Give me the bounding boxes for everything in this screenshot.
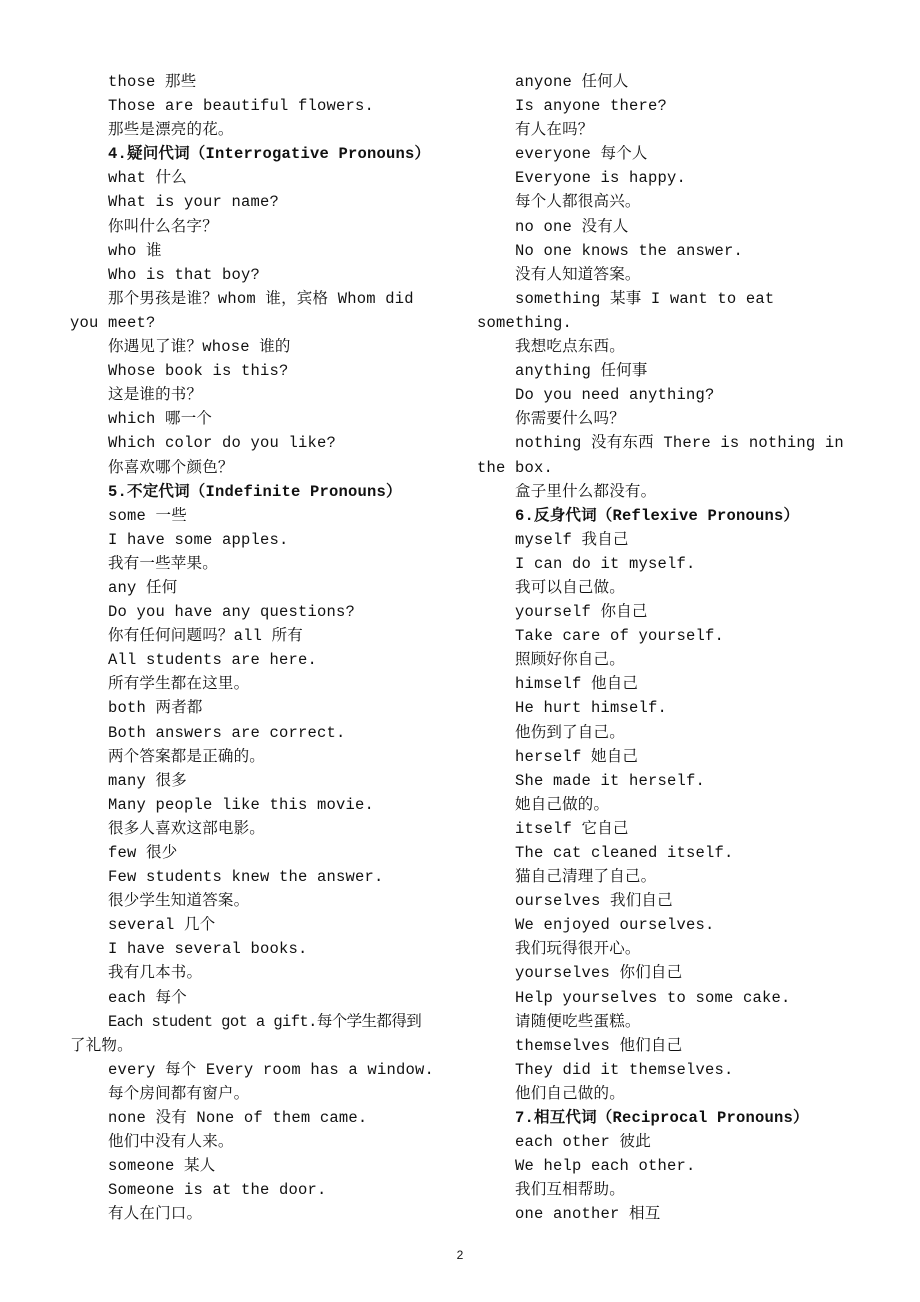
text-line: I have several books. bbox=[70, 937, 450, 961]
text-line: 猫自己清理了自己。 bbox=[477, 865, 857, 889]
text-line: 有人在吗？ bbox=[477, 118, 857, 142]
text-line: 有人在门口。 bbox=[70, 1202, 450, 1226]
text-line: Is anyone there? bbox=[477, 94, 857, 118]
text-line: many 很多 bbox=[70, 769, 450, 793]
text-line: 照顾好你自己。 bbox=[477, 648, 857, 672]
text-line: 你喜欢哪个颜色？ bbox=[70, 456, 450, 480]
text-line: someone 某人 bbox=[70, 1154, 450, 1178]
text-line: 很少学生知道答案。 bbox=[70, 889, 450, 913]
text-line: what 什么 bbox=[70, 166, 450, 190]
text-line: 他们中没有人来。 bbox=[70, 1130, 450, 1154]
text-line: nothing 没有东西 There is nothing in bbox=[477, 431, 857, 455]
text-line: which 哪一个 bbox=[70, 407, 450, 431]
text-line: no one 没有人 bbox=[477, 215, 857, 239]
text-line: Who is that boy? bbox=[70, 263, 450, 287]
text-line: 很多人喜欢这部电影。 bbox=[70, 817, 450, 841]
section-heading: 7.相互代词（Reciprocal Pronouns） bbox=[477, 1106, 857, 1130]
text-line: yourselves 你们自己 bbox=[477, 961, 857, 985]
text-line: Both answers are correct. bbox=[70, 721, 450, 745]
text-line: yourself 你自己 bbox=[477, 600, 857, 624]
text-line: something 某事 I want to eat bbox=[477, 287, 857, 311]
wrapped-line: 了礼物。 bbox=[70, 1034, 450, 1058]
text-line: I can do it myself. bbox=[477, 552, 857, 576]
wrapped-line: you meet? bbox=[70, 311, 450, 335]
text-line: Do you need anything? bbox=[477, 383, 857, 407]
text-line: myself 我自己 bbox=[477, 528, 857, 552]
text-line: any 任何 bbox=[70, 576, 450, 600]
section-heading: 5.不定代词（Indefinite Pronouns） bbox=[70, 480, 450, 504]
text-line: He hurt himself. bbox=[477, 696, 857, 720]
right-column: anyone 任何人Is anyone there?有人在吗？everyone … bbox=[477, 70, 857, 1227]
text-line: Few students knew the answer. bbox=[70, 865, 450, 889]
text-line: We enjoyed ourselves. bbox=[477, 913, 857, 937]
text-line: 你需要什么吗？ bbox=[477, 407, 857, 431]
text-line: several 几个 bbox=[70, 913, 450, 937]
text-line: herself 她自己 bbox=[477, 745, 857, 769]
text-line: anything 任何事 bbox=[477, 359, 857, 383]
text-line: No one knows the answer. bbox=[477, 239, 857, 263]
text-line: 他们自己做的。 bbox=[477, 1082, 857, 1106]
text-line: one another 相互 bbox=[477, 1202, 857, 1226]
text-line: himself 他自己 bbox=[477, 672, 857, 696]
text-line: I have some apples. bbox=[70, 528, 450, 552]
text-line: Do you have any questions? bbox=[70, 600, 450, 624]
text-line: Which color do you like? bbox=[70, 431, 450, 455]
text-line: few 很少 bbox=[70, 841, 450, 865]
text-line: 每个房间都有窗户。 bbox=[70, 1082, 450, 1106]
text-line: 所有学生都在这里。 bbox=[70, 672, 450, 696]
text-line: She made it herself. bbox=[477, 769, 857, 793]
text-line: none 没有 None of them came. bbox=[70, 1106, 450, 1130]
wrapped-line: the box. bbox=[477, 456, 857, 480]
text-line: Those are beautiful flowers. bbox=[70, 94, 450, 118]
text-line: anyone 任何人 bbox=[477, 70, 857, 94]
text-line: 这是谁的书？ bbox=[70, 383, 450, 407]
section-heading: 6.反身代词（Reflexive Pronouns） bbox=[477, 504, 857, 528]
page-number: 2 bbox=[0, 1248, 920, 1262]
text-line: 我们互相帮助。 bbox=[477, 1178, 857, 1202]
text-line: themselves 他们自己 bbox=[477, 1034, 857, 1058]
text-line: 我想吃点东西。 bbox=[477, 335, 857, 359]
text-line: 我有几本书。 bbox=[70, 961, 450, 985]
text-line: those 那些 bbox=[70, 70, 450, 94]
text-line: They did it themselves. bbox=[477, 1058, 857, 1082]
text-line: each 每个 bbox=[70, 986, 450, 1010]
text-line: who 谁 bbox=[70, 239, 450, 263]
text-line: 她自己做的。 bbox=[477, 793, 857, 817]
text-line: Whose book is this? bbox=[70, 359, 450, 383]
text-line: Each student got a gift.每个学生都得到 bbox=[70, 1010, 450, 1034]
text-line: 盒子里什么都没有。 bbox=[477, 480, 857, 504]
text-line: Take care of yourself. bbox=[477, 624, 857, 648]
wrapped-line: something. bbox=[477, 311, 857, 335]
text-line: every 每个 Every room has a window. bbox=[70, 1058, 450, 1082]
text-line: Many people like this movie. bbox=[70, 793, 450, 817]
text-line: 那些是漂亮的花。 bbox=[70, 118, 450, 142]
text-line: Help yourselves to some cake. bbox=[477, 986, 857, 1010]
text-line: 那个男孩是谁？whom 谁，宾格 Whom did bbox=[70, 287, 450, 311]
text-line: 没有人知道答案。 bbox=[477, 263, 857, 287]
text-line: 我有一些苹果。 bbox=[70, 552, 450, 576]
text-line: 每个人都很高兴。 bbox=[477, 190, 857, 214]
text-line: What is your name? bbox=[70, 190, 450, 214]
text-line: everyone 每个人 bbox=[477, 142, 857, 166]
text-line: 我们玩得很开心。 bbox=[477, 937, 857, 961]
text-line: All students are here. bbox=[70, 648, 450, 672]
text-line: both 两者都 bbox=[70, 696, 450, 720]
text-line: 你叫什么名字？ bbox=[70, 215, 450, 239]
text-line: 你遇见了谁？whose 谁的 bbox=[70, 335, 450, 359]
text-line: Someone is at the door. bbox=[70, 1178, 450, 1202]
text-line: Everyone is happy. bbox=[477, 166, 857, 190]
section-heading: 4.疑问代词（Interrogative Pronouns） bbox=[70, 142, 450, 166]
text-line: 你有任何问题吗？all 所有 bbox=[70, 624, 450, 648]
text-line: We help each other. bbox=[477, 1154, 857, 1178]
text-line: itself 它自己 bbox=[477, 817, 857, 841]
text-line: 他伤到了自己。 bbox=[477, 721, 857, 745]
text-line: ourselves 我们自己 bbox=[477, 889, 857, 913]
text-line: 请随便吃些蛋糕。 bbox=[477, 1010, 857, 1034]
text-line: each other 彼此 bbox=[477, 1130, 857, 1154]
text-line: some 一些 bbox=[70, 504, 450, 528]
left-column: those 那些Those are beautiful flowers.那些是漂… bbox=[70, 70, 450, 1227]
text-line: The cat cleaned itself. bbox=[477, 841, 857, 865]
text-line: 两个答案都是正确的。 bbox=[70, 745, 450, 769]
text-line: 我可以自己做。 bbox=[477, 576, 857, 600]
